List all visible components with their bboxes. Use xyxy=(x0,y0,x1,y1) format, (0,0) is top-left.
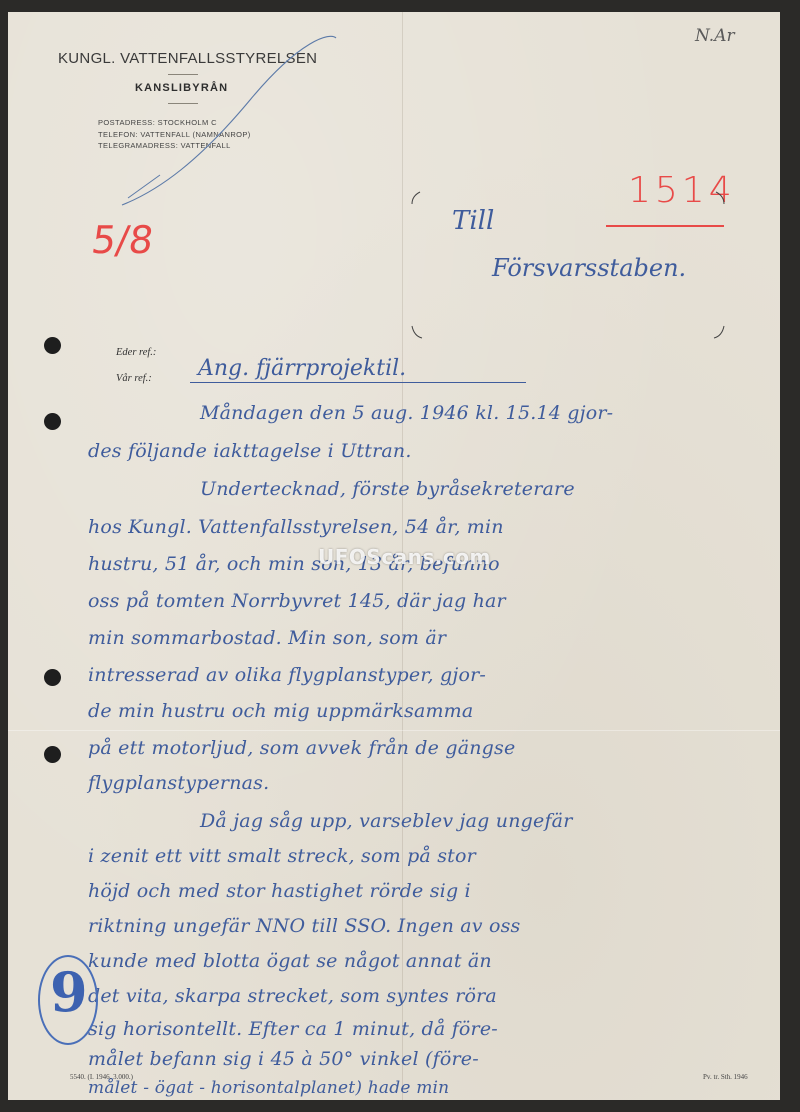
red-fraction-mark: 5/8 xyxy=(89,218,156,262)
body-line-4: hos Kungl. Vattenfallsstyrelsen, 54 år, … xyxy=(88,516,504,538)
body-line-11: flygplanstypernas. xyxy=(88,772,269,794)
body-line-2: des följande iakttagelse i Uttran. xyxy=(88,440,412,462)
body-line-16: kunde med blotta ögat se något annat än xyxy=(88,950,492,972)
pen-stroke-mark xyxy=(100,30,340,210)
body-line-3: Undertecknad, förste byråsekreterare xyxy=(200,478,575,500)
hole-punch-3 xyxy=(44,669,61,686)
hole-punch-4 xyxy=(44,746,61,763)
body-line-12: Då jag såg upp, varseblev jag ungefär xyxy=(200,810,572,832)
hole-punch-2 xyxy=(44,413,61,430)
body-line-20: målet - ögat - horisontalplanet) hade mi… xyxy=(88,1078,449,1098)
pencil-initials: N.Ar xyxy=(695,26,735,46)
body-line-8: intresserad av olika flygplanstyper, gjo… xyxy=(88,664,486,686)
watermark: UFOScans.com xyxy=(318,545,491,569)
fold-crease-horizontal xyxy=(8,730,780,731)
eder-ref-label: Eder ref.: xyxy=(116,347,156,358)
body-line-6: oss på tomten Norrbyvret 145, där jag ha… xyxy=(88,590,506,612)
var-ref-label: Vår ref.: xyxy=(116,373,152,384)
body-line-13: i zenit ett vitt smalt streck, som på st… xyxy=(88,845,476,867)
subject-line: Ang. fjärrprojektil. xyxy=(198,356,406,381)
body-line-14: höjd och med stor hastighet rörde sig i xyxy=(88,880,471,902)
subject-underline xyxy=(190,382,526,383)
body-line-10: på ett motorljud, som avvek från de gäng… xyxy=(88,737,515,759)
addressee-to: Till xyxy=(452,206,494,236)
hole-punch-1 xyxy=(44,337,61,354)
circled-page-number: 9 xyxy=(50,960,88,1024)
body-line-9: de min hustru och mig uppmärksamma xyxy=(88,700,473,722)
body-line-19: målet befann sig i 45 à 50° vinkel (före… xyxy=(88,1048,479,1070)
body-line-18: sig horisontellt. Efter ca 1 minut, då f… xyxy=(88,1018,498,1040)
body-line-15: riktning ungefär NNO till SSO. Ingen av … xyxy=(88,915,521,937)
body-line-17: det vita, skarpa strecket, som syntes rö… xyxy=(88,985,497,1007)
addressee-recipient: Försvarsstaben. xyxy=(492,254,686,282)
printer-mark: Pv. tr. Sth. 1946 xyxy=(703,1073,748,1081)
body-line-7: min sommarbostad. Min son, som är xyxy=(88,627,446,649)
body-line-1: Måndagen den 5 aug. 1946 kl. 15.14 gjor- xyxy=(200,402,613,424)
form-number: 5540. (I. 1946. 3.000.) xyxy=(70,1073,133,1081)
